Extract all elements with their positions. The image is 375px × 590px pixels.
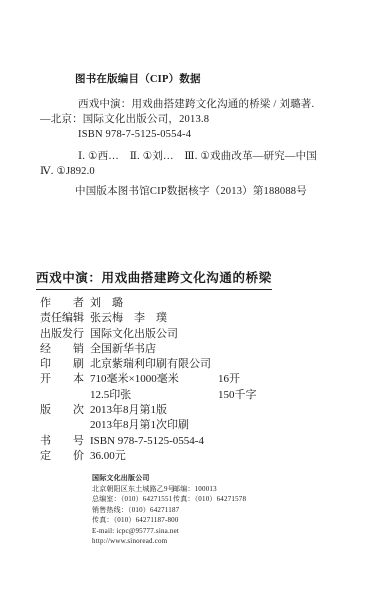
copyright-page: 图书在版编目（CIP）数据 西戏中演：用戏曲搭建跨文化沟通的桥梁 / 刘璐著. … [0,0,375,590]
colophon-row-printer: 印 刷 北京紫瑞利印刷有限公司 [40,357,355,372]
colophon-row-isbn: 书 号 ISBN 978-7-5125-0554-4 [40,434,355,449]
row-label: 开 本 [40,372,90,387]
row-value: 张云梅 李 璞 [90,311,218,326]
publisher-phone-row: 总编室：（010）64271551 传真：（010）64271578 [92,494,355,505]
row-label: 责任编辑 [40,311,90,326]
row-value: 刘 璐 [90,296,218,311]
row-value2 [218,327,355,342]
row-value2 [218,357,355,372]
publisher-website: http://www.sinoread.com [92,536,355,547]
colophon-row-printing: 2013年8月第1次印刷 [40,418,355,433]
fax-number-1: 传真：（010）64271578 [173,494,246,505]
cip-classification-line2: Ⅳ. ①J892.0 [40,164,347,179]
colophon-row-price: 定 价 36.00元 [40,449,355,464]
fax-number-2: 传真：（010）64271187-800 [92,515,355,526]
row-value2 [218,434,355,449]
row-value: 全国新华书店 [90,342,218,357]
colophon-row-editor: 责任编辑 张云梅 李 璞 [40,311,355,326]
row-value2 [218,449,355,464]
publisher-address-row: 北京朝阳区东土城路乙9号 邮编：100013 [92,484,355,495]
row-value: ISBN 978-7-5125-0554-4 [90,434,218,449]
row-label: 出版发行 [40,327,90,342]
colophon-row-publisher: 出版发行 国际文化出版公司 [40,327,355,342]
row-label: 作 者 [40,296,90,311]
row-label: 书 号 [40,434,90,449]
publisher-email: E-mail: icpc@95777.sina.net [92,526,355,537]
book-title: 西戏中演：用戏曲搭建跨文化沟通的桥梁 [36,268,272,290]
colophon-row-sheets: 12.5印张 150千字 [40,388,355,403]
cip-block: 图书在版编目（CIP）数据 西戏中演：用戏曲搭建跨文化沟通的桥梁 / 刘璐著. … [40,72,347,199]
row-value2: 16开 [218,372,355,387]
colophon-row-format: 开 本 710毫米×1000毫米 16开 [40,372,355,387]
colophon-row-edition: 版 次 2013年8月第1版 [40,403,355,418]
cip-entry-line1: 西戏中演：用戏曲搭建跨文化沟通的桥梁 / 刘璐著. [78,97,347,112]
row-value: 710毫米×1000毫米 [90,372,218,387]
sales-hotline: 销售热线：（010）64271187 [92,505,355,516]
colophon-row-author: 作 者 刘 璐 [40,296,355,311]
row-value: 北京紫瑞利印刷有限公司 [90,357,218,372]
row-label: 定 价 [40,449,90,464]
publisher-postcode: 邮编：100013 [173,484,217,495]
colophon-table: 作 者 刘 璐 责任编辑 张云梅 李 璞 出版发行 国际文化出版公司 经 销 全… [40,296,355,464]
row-value: 36.00元 [90,449,218,464]
row-value: 2013年8月第1次印刷 [90,418,218,433]
row-label: 印 刷 [40,357,90,372]
row-value: 12.5印张 [90,388,218,403]
row-value2 [218,403,355,418]
row-value: 国际文化出版公司 [90,327,218,342]
row-label [40,388,90,403]
row-value2 [218,342,355,357]
cip-classification-line1: Ⅰ. ①西… Ⅱ. ①刘… Ⅲ. ①戏曲改革—研究—中国 [78,149,347,164]
row-value2 [218,296,355,311]
colophon-row-distributor: 经 销 全国新华书店 [40,342,355,357]
row-value2 [218,311,355,326]
cip-isbn-line: ISBN 978-7-5125-0554-4 [78,127,347,142]
publisher-name: 国际文化出版公司 [92,473,355,484]
row-label: 版 次 [40,403,90,418]
row-value2 [218,418,355,433]
publisher-address: 北京朝阳区东土城路乙9号 [92,484,173,495]
row-label: 经 销 [40,342,90,357]
cip-record-number: 中国版本图书馆CIP数据核字（2013）第188088号 [75,184,347,199]
row-label [40,418,90,433]
cip-entry-line2: —北京：国际文化出版公司，2013.8 [40,112,347,127]
row-value2: 150千字 [218,388,355,403]
cip-heading: 图书在版编目（CIP）数据 [75,72,347,87]
editorial-office-phone: 总编室：（010）64271551 [92,494,173,505]
row-value: 2013年8月第1版 [90,403,218,418]
publisher-footer: 国际文化出版公司 北京朝阳区东土城路乙9号 邮编：100013 总编室：（010… [92,473,355,547]
